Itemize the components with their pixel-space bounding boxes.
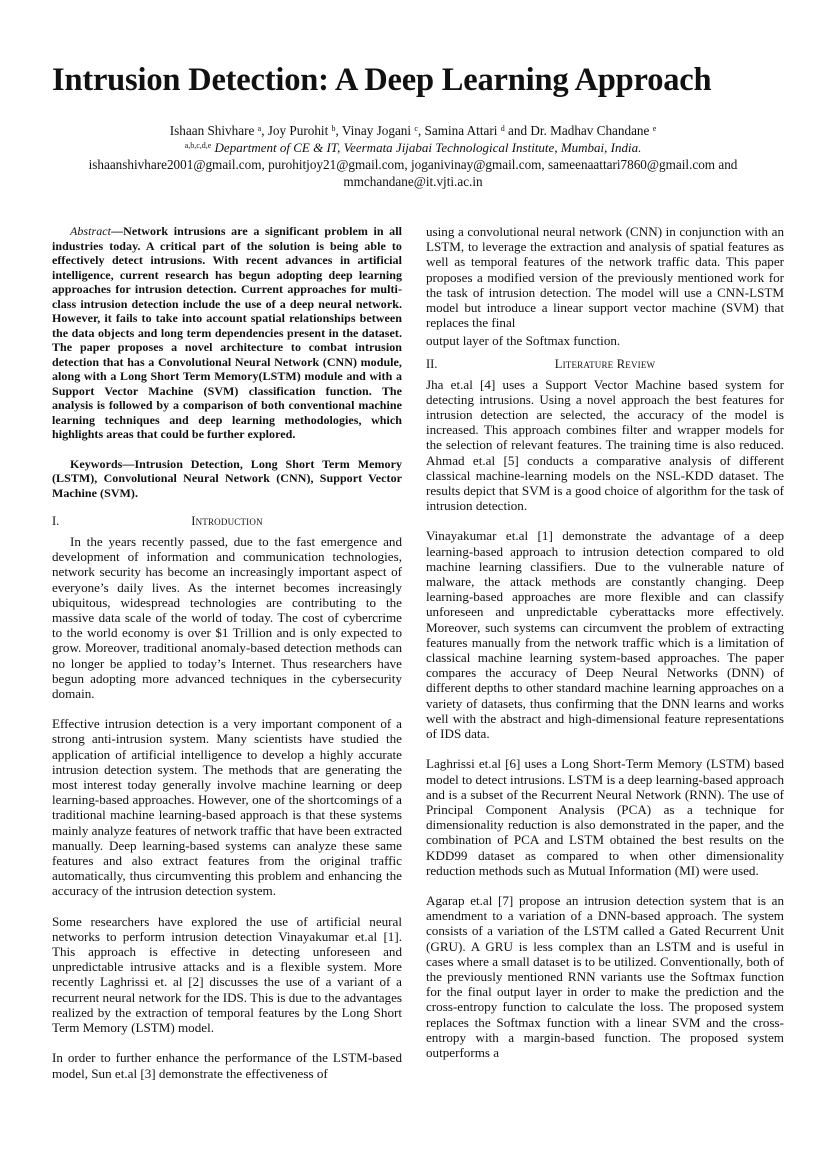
abstract-text: Network intrusions are a significant pro… xyxy=(52,224,402,441)
paragraph: In the years recently passed, due to the… xyxy=(52,534,402,701)
section-number: II. xyxy=(426,357,466,372)
paper-title: Intrusion Detection: A Deep Learning App… xyxy=(0,60,826,100)
author-separator: , xyxy=(418,123,425,138)
section-number: I. xyxy=(52,514,92,529)
abstract: Abstract—Network intrusions are a signif… xyxy=(52,224,402,442)
right-column: using a convolutional neural network (CN… xyxy=(426,224,784,1060)
author-name: Joy Purohit xyxy=(268,123,328,138)
section-heading-introduction: I. Introduction xyxy=(52,514,402,532)
section-title: Introduction xyxy=(92,514,402,529)
author-separator: and xyxy=(505,123,531,138)
paragraph-continued: output layer of the Softmax function. xyxy=(426,333,784,348)
author-name: Samina Attari xyxy=(425,123,498,138)
author-emails: ishaanshivhare2001@gmail.com, purohitjoy… xyxy=(60,156,766,190)
author-separator: , xyxy=(261,123,268,138)
paragraph: Vinayakumar et.al [1] demonstrate the ad… xyxy=(426,528,784,741)
author-name: Vinay Jogani xyxy=(342,123,411,138)
author-affiliation-marker: e xyxy=(653,124,657,133)
paragraph-continued: using a convolutional neural network (CN… xyxy=(426,224,784,330)
author-name: Dr. Madhav Chandane xyxy=(530,123,649,138)
keywords: Keywords—Intrusion Detection, Long Short… xyxy=(52,457,402,501)
abstract-label: Abstract xyxy=(70,224,111,238)
paragraph: Jha et.al [4] uses a Support Vector Mach… xyxy=(426,377,784,514)
author-name: Ishaan Shivhare xyxy=(170,123,255,138)
paragraph: Some researchers have explored the use o… xyxy=(52,914,402,1036)
paragraph: Effective intrusion detection is a very … xyxy=(52,716,402,898)
section-title: Literature Review xyxy=(466,357,784,372)
paragraph: In order to further enhance the performa… xyxy=(52,1050,402,1080)
abstract-dash: — xyxy=(111,224,123,238)
paragraph: Laghrissi et.al [6] uses a Long Short-Te… xyxy=(426,756,784,878)
affiliation: a,b,c,d,e Department of CE & IT, Veermat… xyxy=(0,137,826,156)
affiliation-text: Department of CE & IT, Veermata Jijabai … xyxy=(215,140,642,155)
paragraph: Agarap et.al [7] propose an intrusion de… xyxy=(426,893,784,1060)
left-column: Abstract—Network intrusions are a signif… xyxy=(52,224,402,1081)
affiliation-markers: a,b,c,d,e xyxy=(185,141,212,150)
section-heading-literature-review: II. Literature Review xyxy=(426,357,784,375)
